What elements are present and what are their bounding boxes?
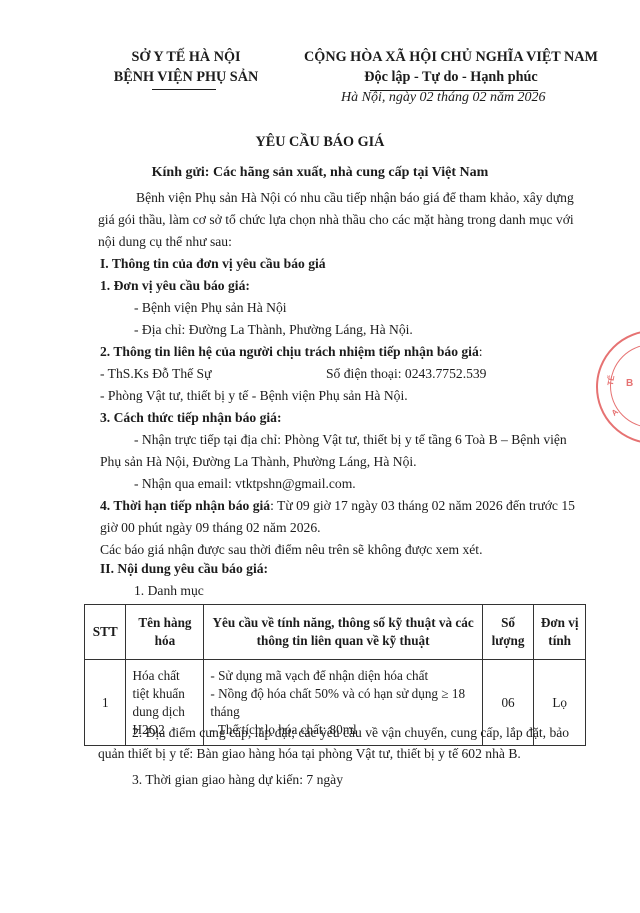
section-1-2-colon: : [479, 344, 483, 359]
agency-header: SỞ Y TẾ HÀ NỘI BỆNH VIỆN PHỤ SẢN [86, 47, 286, 87]
receive-direct-line-1: - Nhận trực tiếp tại địa chỉ: Phòng Vật … [134, 432, 567, 448]
deadline-line-1: 4. Thời hạn tiếp nhận báo giá: Từ 09 giờ… [100, 498, 575, 514]
section-1-3-heading: 3. Cách thức tiếp nhận báo giá: [100, 410, 282, 426]
delivery-time: 3. Thời gian giao hàng dự kiến: 7 ngày [132, 772, 343, 788]
section-2-heading: II. Nội dung yêu cầu báo giá: [100, 561, 268, 577]
col-unit: Đơn vịtính [534, 605, 586, 660]
section-1-1-heading: 1. Đơn vị yêu cầu báo giá: [100, 278, 250, 294]
agency-name: BỆNH VIỆN PHỤ SẢN [86, 67, 286, 87]
agency-underline [152, 89, 216, 90]
col-name: Tên hànghóa [126, 605, 204, 660]
delivery-location-line-2: quản thiết bị y tế: Bàn giao hàng hóa tạ… [98, 746, 521, 762]
section-1-2-heading: 2. Thông tin liên hệ của người chịu trác… [100, 344, 483, 360]
intro-line-1: Bệnh viện Phụ sản Hà Nội có nhu cầu tiếp… [136, 190, 574, 206]
list-label: 1. Danh mục [134, 583, 204, 599]
col-quantity: Sốlượng [482, 605, 534, 660]
national-title: CỘNG HÒA XÃ HỘI CHỦ NGHĨA VIỆT NAM [296, 47, 606, 67]
section-1-2-heading-text: 2. Thông tin liên hệ của người chịu trác… [100, 344, 479, 359]
stamp-text: TẾ [606, 375, 617, 387]
official-stamp: TẾ A B [596, 330, 640, 444]
national-motto: Độc lập - Tự do - Hạnh phúc [296, 67, 606, 87]
section-1-4-heading: 4. Thời hạn tiếp nhận báo giá [100, 498, 270, 513]
deadline-note: Các báo giá nhận được sau thời điểm nêu … [100, 542, 482, 558]
col-stt: STT [85, 605, 126, 660]
table-header-row: STT Tên hànghóa Yêu cầu về tính năng, th… [85, 605, 586, 660]
requester-address: - Địa chỉ: Đường La Thành, Phường Láng, … [134, 322, 413, 338]
contact-phone: Số điện thoại: 0243.7752.539 [326, 366, 486, 382]
col-requirements: Yêu cầu về tính năng, thông số kỹ thuật … [204, 605, 482, 660]
section-1-heading: I. Thông tin của đơn vị yêu cầu báo giá [100, 256, 326, 272]
greeting: Kính gửi: Các hãng sản xuất, nhà cung cấ… [0, 165, 640, 181]
document-title: YÊU CẦU BÁO GIÁ [0, 134, 640, 151]
receive-email: - Nhận qua email: vtktpshn@gmail.com. [134, 476, 356, 492]
national-header: CỘNG HÒA XÃ HỘI CHỦ NGHĨA VIỆT NAM Độc l… [296, 47, 606, 87]
delivery-location-line-1: 2. Địa điểm cung cấp, lắp đặt; các yêu c… [132, 725, 569, 741]
agency-parent: SỞ Y TẾ HÀ NỘI [86, 47, 286, 67]
requester-name: - Bệnh viện Phụ sản Hà Nội [134, 300, 287, 316]
deadline-line-2: giờ 00 phút ngày 09 tháng 02 năm 2026. [100, 520, 321, 536]
intro-line-2: giá gói thầu, làm cơ sở tổ chức lựa chọn… [98, 212, 574, 228]
stamp-text: B [626, 378, 633, 389]
contact-department: - Phòng Vật tư, thiết bị y tế - Bệnh việ… [100, 388, 408, 404]
contact-person: - ThS.Ks Đỗ Thế Sự [100, 366, 211, 382]
cell-stt: 1 [85, 660, 126, 746]
receive-direct-line-2: Phụ sản Hà Nội, Đường La Thành, Phường L… [100, 454, 417, 470]
deadline-range: : Từ 09 giờ 17 ngày 03 tháng 02 năm 2026… [270, 498, 575, 513]
document-date: Hà Nội, ngày 02 tháng 02 năm 2026 [341, 90, 546, 106]
intro-line-3: nội dung cụ thể như sau: [98, 234, 232, 250]
